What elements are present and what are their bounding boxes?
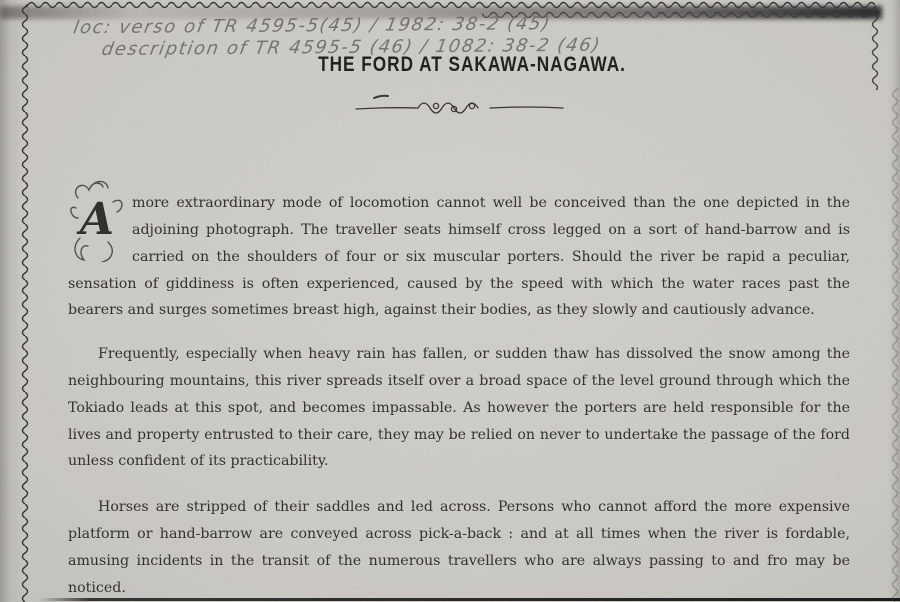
scan-edge-left bbox=[0, 0, 24, 602]
paragraph-3: Horses are stripped of their saddles and… bbox=[68, 494, 850, 601]
flourish-ornament-icon bbox=[352, 93, 567, 119]
paragraph-2: Frequently, especially when heavy rain h… bbox=[68, 341, 850, 475]
paragraph-1-text: more extraordinary mode of locomotion ca… bbox=[68, 195, 850, 318]
drop-cap-letter: A bbox=[76, 194, 114, 245]
scanned-page: loc: verso of TR 4595-5(45) / 1982: 38-2… bbox=[0, 0, 900, 602]
ornate-initial-icon: A bbox=[68, 180, 126, 262]
handwritten-annotation-line-1: loc: verso of TR 4595-5(45) / 1982: 38-2… bbox=[72, 13, 553, 38]
scan-edge-right bbox=[888, 0, 900, 602]
paragraph-1: A more extraordinary mode of locomotion … bbox=[68, 190, 850, 324]
page-title: THE FORD AT SAKAWA-NAGAWA. bbox=[318, 53, 626, 77]
drop-cap-initial: A bbox=[68, 180, 126, 262]
